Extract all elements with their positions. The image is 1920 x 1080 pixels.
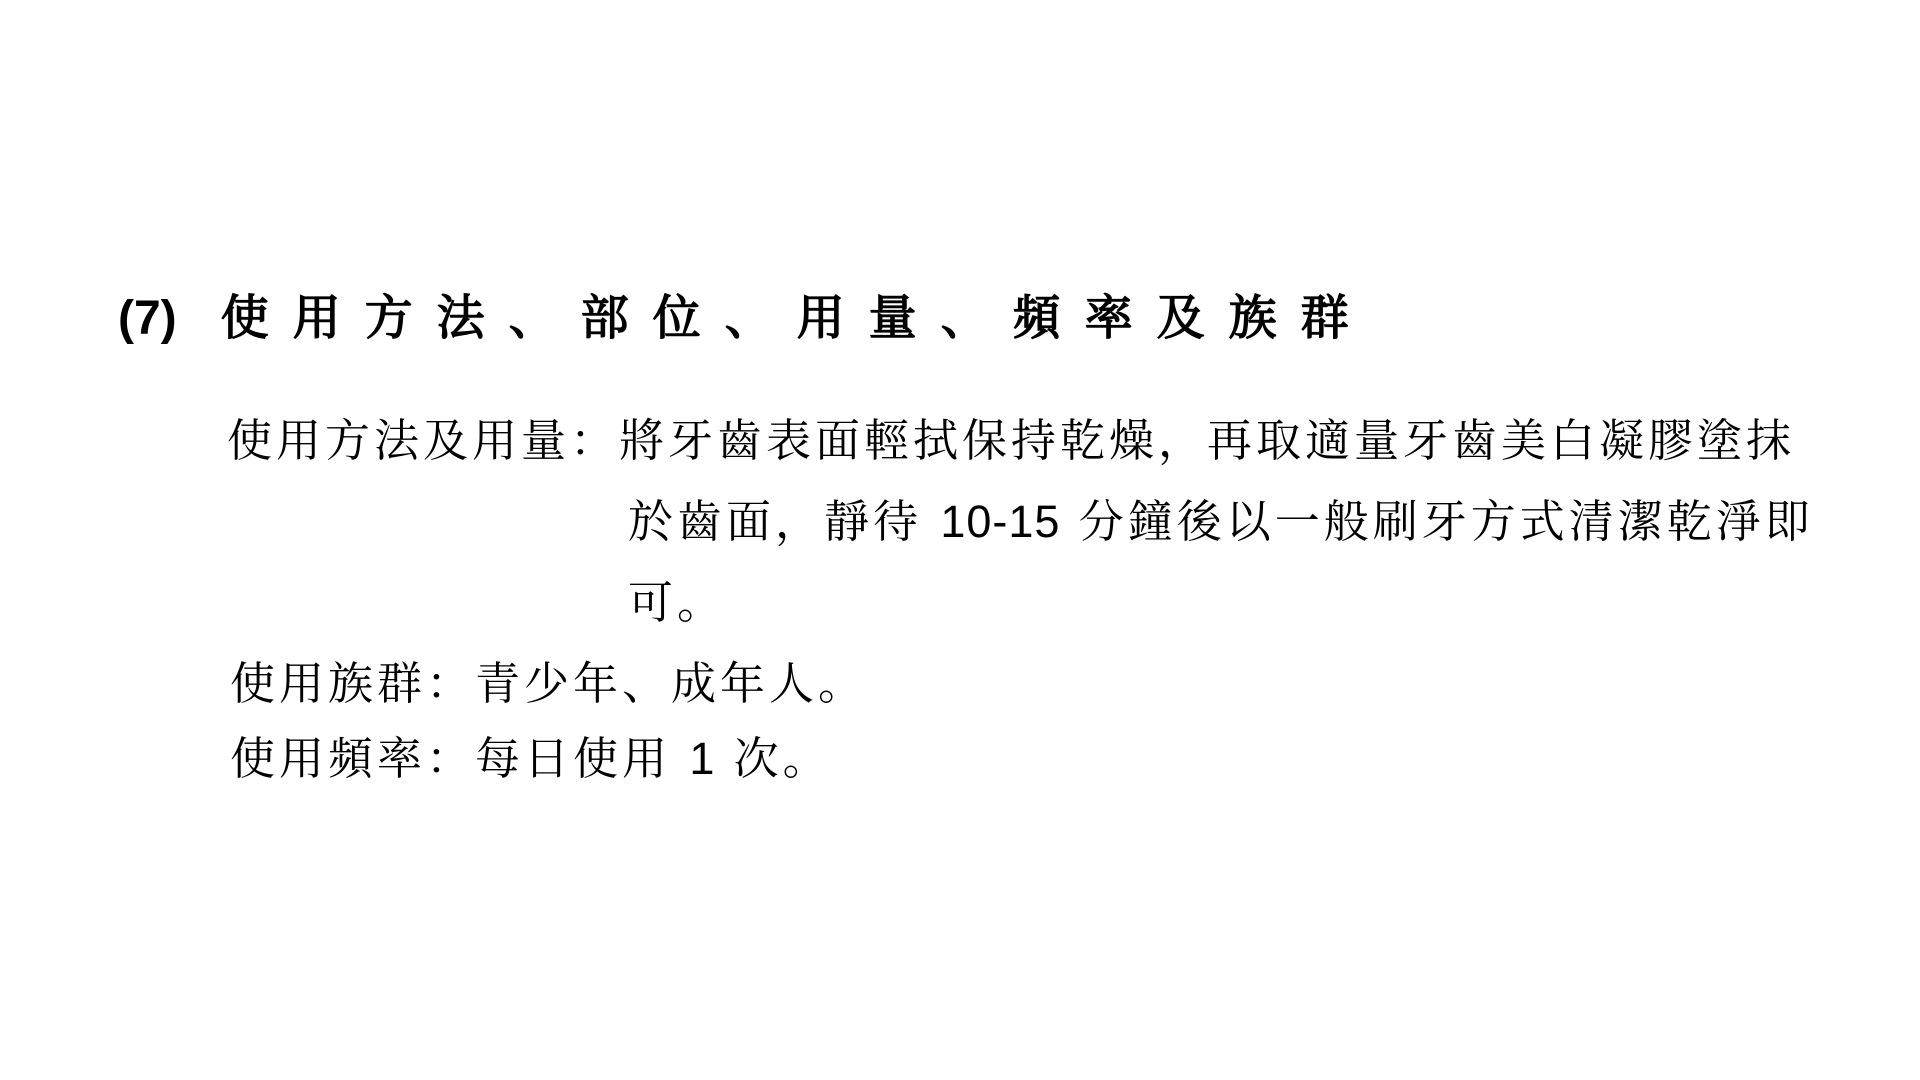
usage-frequency-text-post: 次。	[715, 732, 831, 785]
usage-frequency-text-pre: 使用頻率：每日使用	[230, 732, 689, 785]
usage-method-line-2: 於齒面，靜待 10-15 分鐘後以一般刷牙方式清潔乾淨即	[628, 497, 1814, 547]
usage-method-line-2-text-pre: 於齒面，靜待	[628, 495, 940, 548]
usage-method-line-3: 可。	[628, 578, 726, 628]
usage-method-line-2-text-post: 分鐘後以一般刷牙方式清潔乾淨即	[1060, 495, 1813, 548]
section-heading: (7)使用方法、部位、用量、頻率及族群	[118, 292, 1373, 346]
section-number: (7)	[118, 293, 177, 346]
usage-frequency-line: 使用頻率：每日使用 1 次。	[230, 734, 832, 784]
usage-method-line-1: 使用方法及用量：將牙齒表面輕拭保持乾燥，再取適量牙齒美白凝膠塗抹	[227, 416, 1795, 466]
usage-population-line: 使用族群：青少年、成年人。	[230, 659, 867, 709]
usage-method-duration-value: 10-15	[940, 496, 1060, 547]
usage-frequency-count-value: 1	[689, 733, 715, 784]
section-title: 使用方法、部位、用量、頻率及族群	[221, 290, 1373, 346]
document-page: (7)使用方法、部位、用量、頻率及族群 使用方法及用量：將牙齒表面輕拭保持乾燥，…	[0, 0, 1920, 1080]
